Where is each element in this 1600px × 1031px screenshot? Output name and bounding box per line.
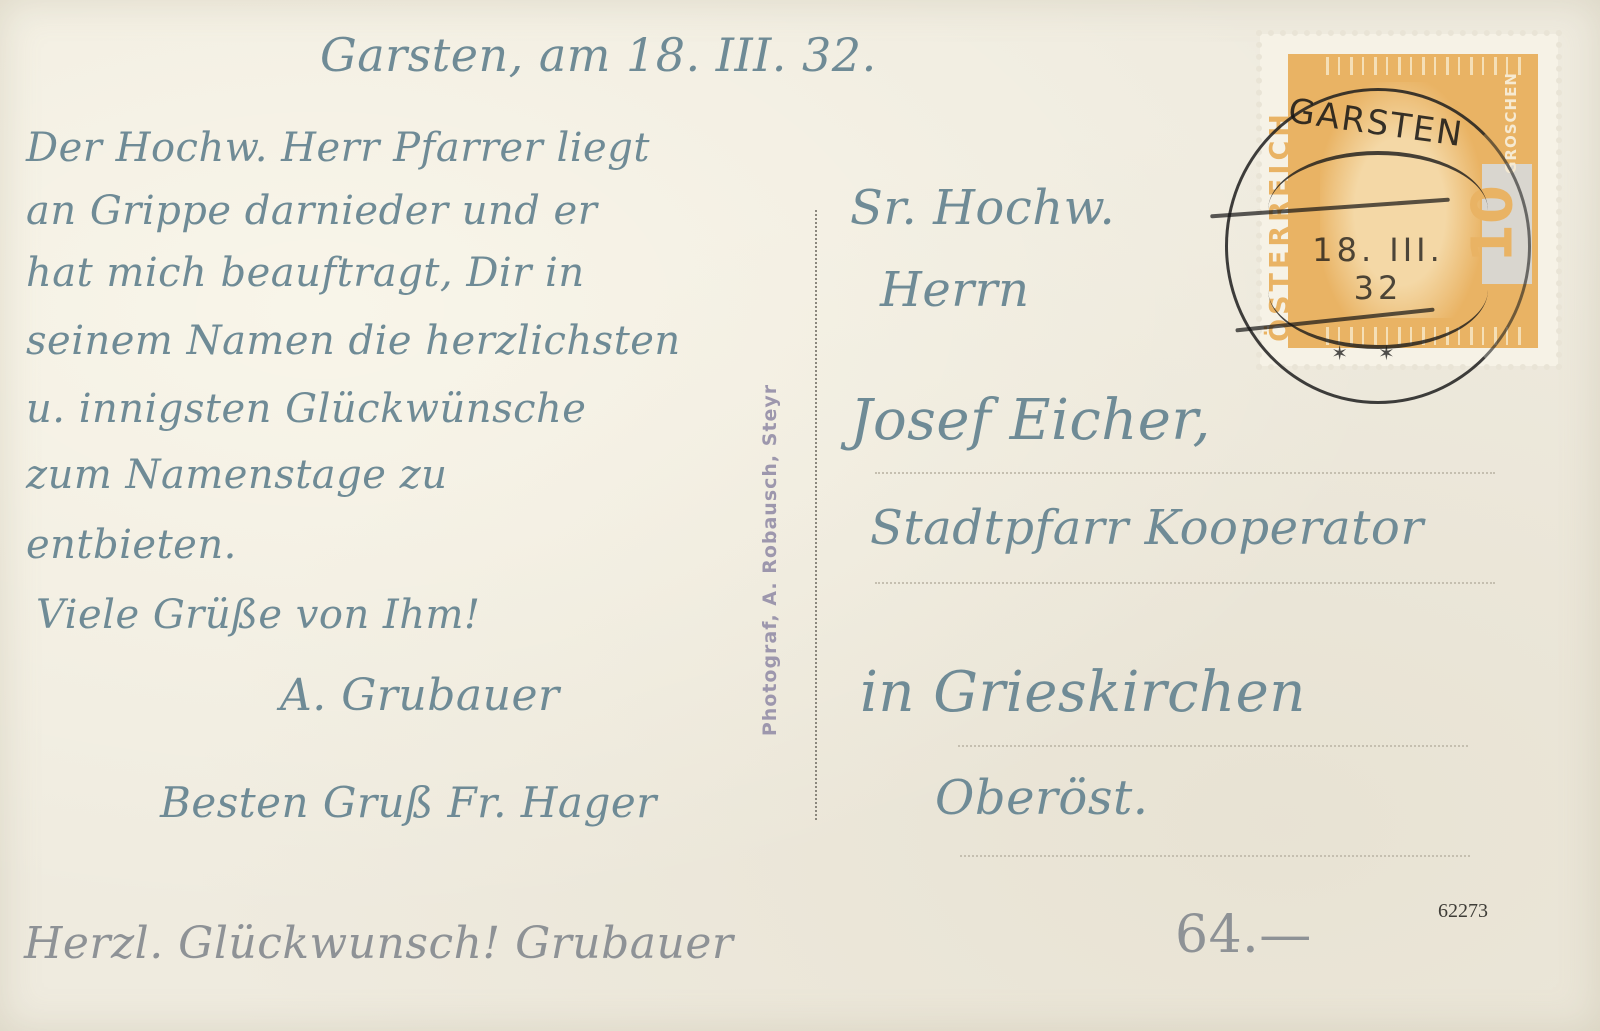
address-rule <box>958 745 1468 747</box>
message-line: an Grippe darnieder und er <box>26 188 597 234</box>
address-line-title: Stadtpfarr Kooperator <box>870 500 1424 556</box>
postscript-grubauer: Herzl. Glückwunsch! Grubauer <box>24 918 733 969</box>
message-line: zum Namenstage zu <box>26 452 447 498</box>
address-line-town: in Grieskirchen <box>860 660 1306 725</box>
message-line: seinem Namen die herzlichsten <box>26 318 681 364</box>
address-line-2: Herrn <box>880 262 1030 318</box>
message-line: hat mich beauftragt, Dir in <box>26 250 585 296</box>
postcard-back: Garsten, am 18. III. 32. Der Hochw. Herr… <box>0 0 1600 1031</box>
postmark: GARSTEN 18. III. 32 ✶✶ <box>1225 88 1531 404</box>
stamp-ornament <box>1316 54 1524 78</box>
pencil-note: 64.— <box>1175 905 1312 965</box>
closing-greeting: Viele Grüße von Ihm! <box>36 592 481 638</box>
address-rule <box>875 472 1495 474</box>
message-line: entbieten. <box>26 522 237 568</box>
address-line-name: Josef Eicher, <box>850 388 1211 453</box>
address-rule <box>960 855 1470 857</box>
signature: A. Grubauer <box>280 670 560 721</box>
address-line-1: Sr. Hochw. <box>850 180 1115 236</box>
address-line-region: Oberöst. <box>935 770 1149 826</box>
serial-number: 62273 <box>1438 900 1488 923</box>
postmark-stars: ✶✶ <box>1298 341 1458 365</box>
address-rule <box>875 582 1495 584</box>
message-line: Der Hochw. Herr Pfarrer liegt <box>26 125 650 171</box>
center-divider <box>815 210 817 820</box>
publisher-imprint: Photograf, A. Robausch, Steyr <box>759 384 781 736</box>
postmark-date: 18. III. 32 <box>1288 231 1468 307</box>
message-line: u. innigsten Glückwünsche <box>26 386 586 432</box>
postscript-hager: Besten Gruß Fr. Hager <box>160 778 657 827</box>
place-date: Garsten, am 18. III. 32. <box>320 28 877 82</box>
